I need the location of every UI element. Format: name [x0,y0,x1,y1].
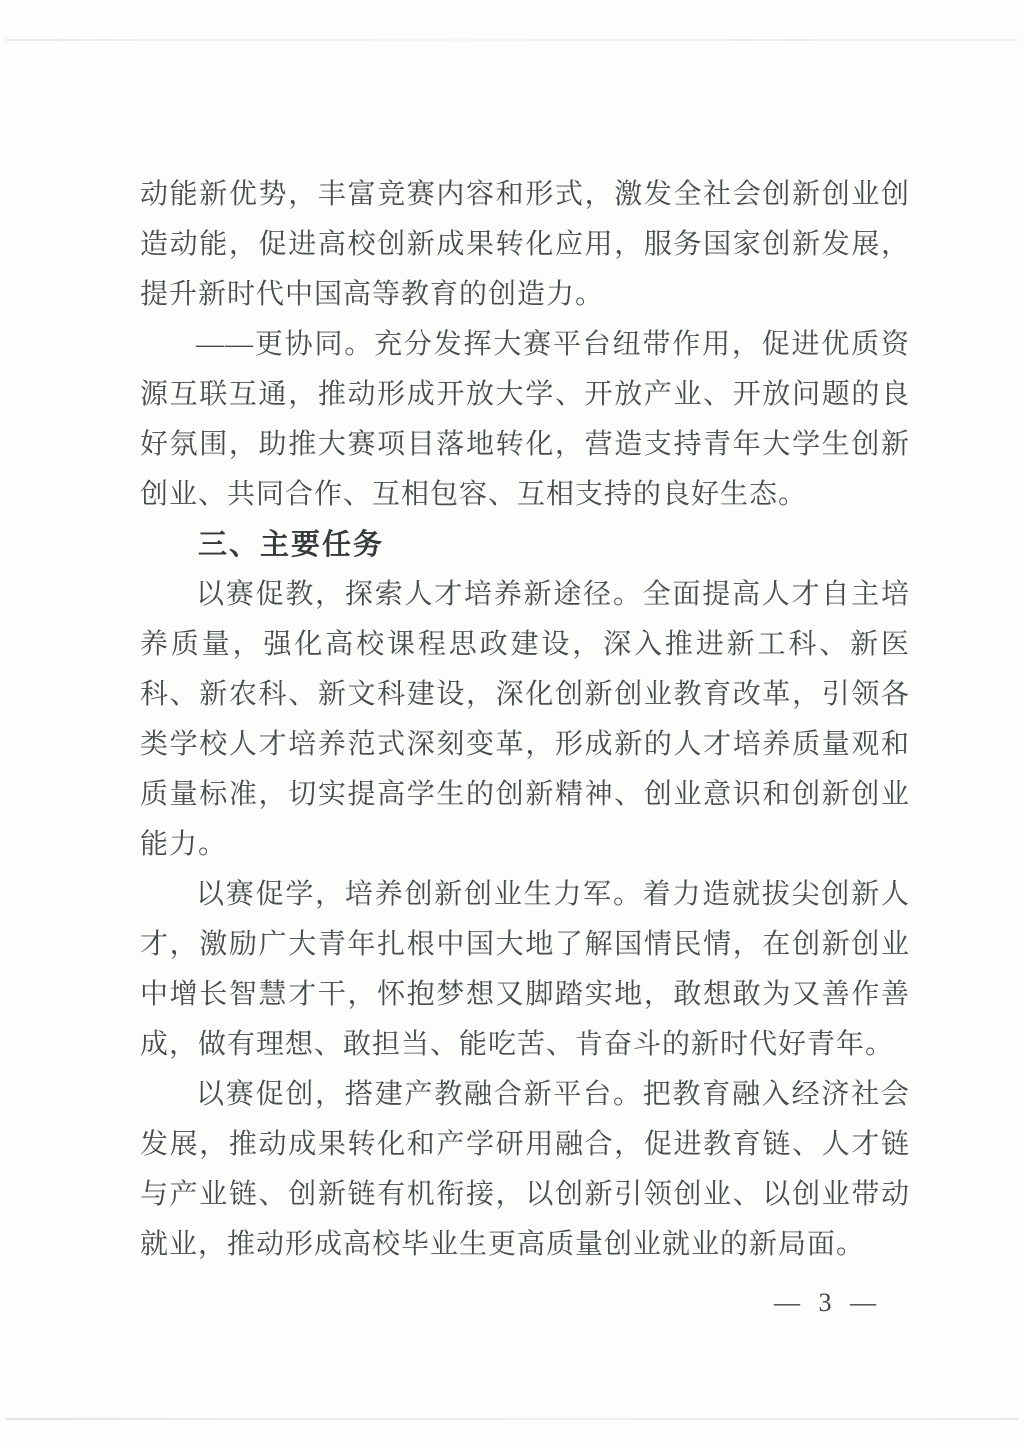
paragraph-promote-teaching: 以赛促教，探索人才培养新途径。全面提高人才自主培养质量，强化高校课程思政建设，深… [140,570,910,870]
scan-artifact-line-bottom [6,1418,1018,1420]
document-page: 动能新优势，丰富竞赛内容和形式，激发全社会创新创业创造动能，促进高校创新成果转化… [0,0,1024,1448]
paragraph-more-synergy: ——更协同。充分发挥大赛平台纽带作用，促进优质资源互联互通，推动形成开放大学、开… [140,320,910,520]
paragraph-promote-learning: 以赛促学，培养创新创业生力军。着力造就拔尖创新人才，激励广大青年扎根中国大地了解… [140,870,910,1070]
document-body: 动能新优势，丰富竞赛内容和形式，激发全社会创新创业创造动能，促进高校创新成果转化… [140,170,910,1270]
scan-artifact-line-top [6,39,1018,41]
section-heading-main-tasks: 三、主要任务 [140,520,910,570]
paragraph-continuation: 动能新优势，丰富竞赛内容和形式，激发全社会创新创业创造动能，促进高校创新成果转化… [140,170,910,320]
paragraph-promote-innovation: 以赛促创，搭建产教融合新平台。把教育融入经济社会发展，推动成果转化和产学研用融合… [140,1070,910,1270]
page-number: — 3 — [774,1286,882,1320]
